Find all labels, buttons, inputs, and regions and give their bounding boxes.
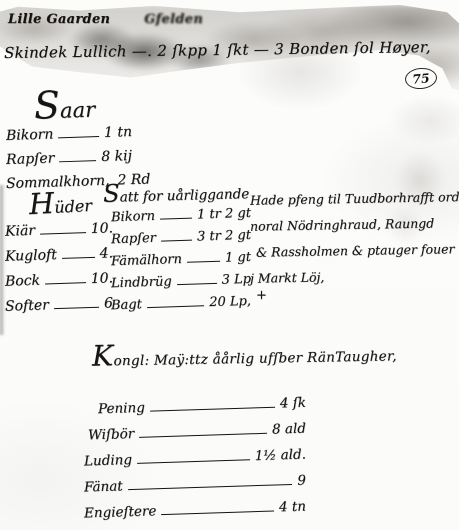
row-value: 9 — [297, 473, 306, 489]
list-row: Kiär 10. — [5, 220, 113, 240]
section-saar-title: Saar — [33, 88, 132, 123]
section-huder-title: Hüder — [28, 190, 113, 218]
dash-leader — [45, 282, 86, 284]
list-row: Wiſbör 8 ald — [88, 421, 306, 445]
list-row: Fänat 9 — [84, 473, 306, 497]
dash-leader — [59, 160, 96, 162]
note-line: & Rassholmen & ptauger fouer — [256, 236, 450, 265]
header-line1-smudged-word: Gfelden — [144, 12, 203, 27]
list-row: Kugloft 4. — [5, 245, 113, 265]
list-row: Luding 1½ ald. — [84, 447, 306, 471]
dash-leader — [128, 484, 293, 490]
note-line: Hade pfeng til Tuudborhrafft ord — [250, 184, 450, 213]
section-rantor-rows: Pening 4 ſk Wiſbör 8 ald Luding 1½ ald. — [84, 398, 306, 519]
dash-leader — [147, 305, 204, 308]
row-value: 1 gt — [225, 250, 251, 266]
row-value: 8 kij — [101, 148, 132, 165]
row-label: Kiär — [5, 223, 35, 240]
section-satt: Satt for uårliggande Bikorn 1 tr 2 gt Ra… — [103, 183, 251, 318]
list-row: Softer 6 — [5, 295, 113, 315]
row-value: 1 tn — [104, 124, 132, 141]
list-row: Bagt 20 Lp, — [111, 294, 251, 314]
row-value: 4 ſk — [280, 395, 307, 412]
row-label: Wiſbör — [88, 426, 135, 443]
note-line: j Markt Löj, — [250, 262, 450, 291]
row-label: Luding — [84, 452, 132, 469]
row-label: Bikorn — [111, 209, 155, 225]
list-row: Rapſer 3 tr 2 gt — [111, 228, 251, 248]
section-note: Hade pfeng til Tuudborhrafft ord noral N… — [250, 186, 450, 290]
dash-leader — [150, 407, 275, 412]
list-row: Bikorn 1 tr 2 gt — [111, 206, 251, 226]
row-value: 8 ald — [272, 421, 306, 438]
row-label: Lindbrüg — [111, 274, 172, 291]
dash-leader — [177, 283, 217, 285]
list-row: Rapſer 8 kij — [6, 148, 132, 169]
row-label: Fämälhorn — [111, 252, 182, 269]
list-row: Fämälhorn 1 gt — [111, 250, 251, 270]
note-line: noral Nödringhraud, Raungd — [250, 210, 450, 239]
dash-leader — [187, 261, 220, 263]
dash-leader — [139, 433, 267, 438]
page-number: 75 — [412, 70, 431, 86]
manuscript-page: Lille GaardenGfelden Skindek Lullich —. … — [0, 0, 459, 530]
row-label: Kugloft — [5, 247, 57, 265]
row-label: Bikorn — [6, 126, 54, 143]
row-label: Engieſtere — [84, 503, 157, 521]
row-label: Rapſer — [111, 231, 156, 247]
row-value: 4 tn — [279, 499, 306, 516]
section-satt-title: Satt for uårliggande — [103, 181, 251, 206]
row-label: Rapſer — [6, 150, 55, 168]
page-number-circle: 75 — [404, 67, 438, 91]
cross-mark: + — [256, 288, 267, 303]
dash-leader — [58, 136, 99, 138]
row-label: Fänat — [84, 478, 123, 495]
list-row: Bock 10. — [5, 270, 113, 290]
section-rantor-rows-wrap: Pening 4 ſk Wiſbör 8 ald Luding 1½ ald. — [84, 398, 306, 528]
row-value: 3 tr 2 gt — [197, 228, 251, 245]
list-row: Pening 4 ſk — [98, 395, 306, 419]
list-row: Engieſtere 4 tn — [84, 499, 306, 523]
row-value: 20 Lp, — [209, 294, 251, 310]
section-huder-rows: Kiär 10. Kugloft 4. Bock 10. Sof — [5, 222, 113, 314]
row-label: Pening — [98, 400, 145, 417]
dash-leader — [161, 511, 274, 516]
header-line1-text: Lille Gaarden — [8, 12, 110, 27]
section-huder: Hüder Kiär 10. Kugloft 4. Bock — [5, 192, 113, 322]
row-label: Bock — [5, 273, 41, 290]
dash-leader — [40, 232, 86, 234]
row-label: Bagt — [111, 297, 142, 313]
section-satt-rows: Bikorn 1 tr 2 gt Rapſer 3 tr 2 gt Fämälh… — [103, 208, 251, 312]
dash-leader — [161, 240, 192, 242]
note-paragraph: Hade pfeng til Tuudborhrafft ord noral N… — [250, 186, 450, 290]
row-label: Sommalkhorn, — [6, 173, 110, 192]
row-value: 1½ ald. — [254, 447, 306, 465]
row-label: Softer — [5, 297, 49, 314]
dash-leader — [54, 307, 99, 309]
dash-leader — [160, 218, 192, 220]
list-row: Lindbrüg 3 Lp — [111, 272, 251, 292]
row-value: 3 Lp — [221, 272, 251, 288]
header-line-1: Lille GaardenGfelden — [8, 12, 203, 27]
row-value: 1 tr 2 gt — [197, 206, 251, 223]
dash-leader — [137, 459, 250, 464]
rantor-heading: Kongl: Maÿ:ttz åårlig ufſber RänTaugher, — [92, 341, 397, 369]
list-row: Bikorn 1 tn — [6, 124, 132, 145]
dash-leader — [62, 257, 95, 259]
